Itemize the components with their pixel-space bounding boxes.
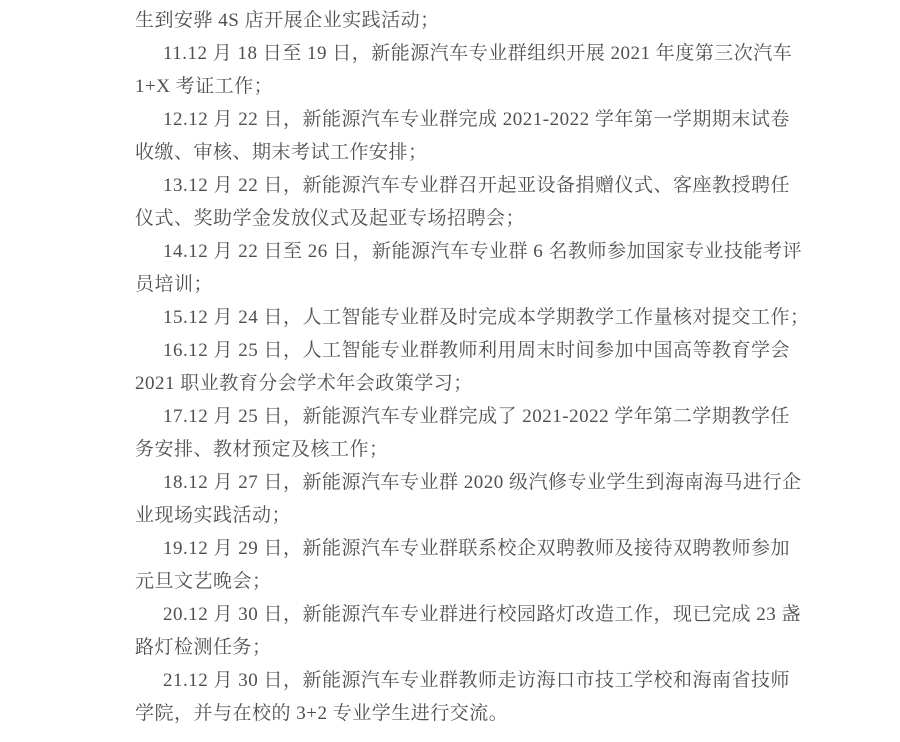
text-line: 收缴、审核、期末考试工作安排； [135,136,767,169]
text-line: 17.12 月 25 日，新能源汽车专业群完成了 2021-2022 学年第二学… [135,400,767,433]
text-line: 20.12 月 30 日，新能源汽车专业群进行校园路灯改造工作，现已完成 23 … [135,598,767,631]
document-body: 生到安骅 4S 店开展企业实践活动；11.12 月 18 日至 19 日，新能源… [135,4,767,730]
text-line: 1+X 考证工作； [135,70,767,103]
text-line: 21.12 月 30 日，新能源汽车专业群教师走访海口市技工学校和海南省技师 [135,664,767,697]
text-line: 路灯检测任务； [135,631,767,664]
text-line: 员培训； [135,268,767,301]
text-line: 12.12 月 22 日，新能源汽车专业群完成 2021-2022 学年第一学期… [135,103,767,136]
text-line: 14.12 月 22 日至 26 日，新能源汽车专业群 6 名教师参加国家专业技… [135,235,767,268]
text-line: 15.12 月 24 日，人工智能专业群及时完成本学期教学工作量核对提交工作； [135,301,767,334]
text-line: 业现场实践活动； [135,499,767,532]
text-line: 16.12 月 25 日，人工智能专业群教师利用周末时间参加中国高等教育学会 [135,334,767,367]
text-line: 生到安骅 4S 店开展企业实践活动； [135,4,767,37]
text-line: 务安排、教材预定及核工作； [135,433,767,466]
text-line: 11.12 月 18 日至 19 日，新能源汽车专业群组织开展 2021 年度第… [135,37,767,70]
text-line: 19.12 月 29 日，新能源汽车专业群联系校企双聘教师及接待双聘教师参加 [135,532,767,565]
text-line: 仪式、奖助学金发放仪式及起亚专场招聘会； [135,202,767,235]
text-line: 13.12 月 22 日，新能源汽车专业群召开起亚设备捐赠仪式、客座教授聘任 [135,169,767,202]
document-page: 生到安骅 4S 店开展企业实践活动；11.12 月 18 日至 19 日，新能源… [0,0,900,742]
text-line: 18.12 月 27 日，新能源汽车专业群 2020 级汽修专业学生到海南海马进… [135,466,767,499]
text-line: 2021 职业教育分会学术年会政策学习； [135,367,767,400]
text-line: 元旦文艺晚会； [135,565,767,598]
text-line: 学院，并与在校的 3+2 专业学生进行交流。 [135,697,767,730]
